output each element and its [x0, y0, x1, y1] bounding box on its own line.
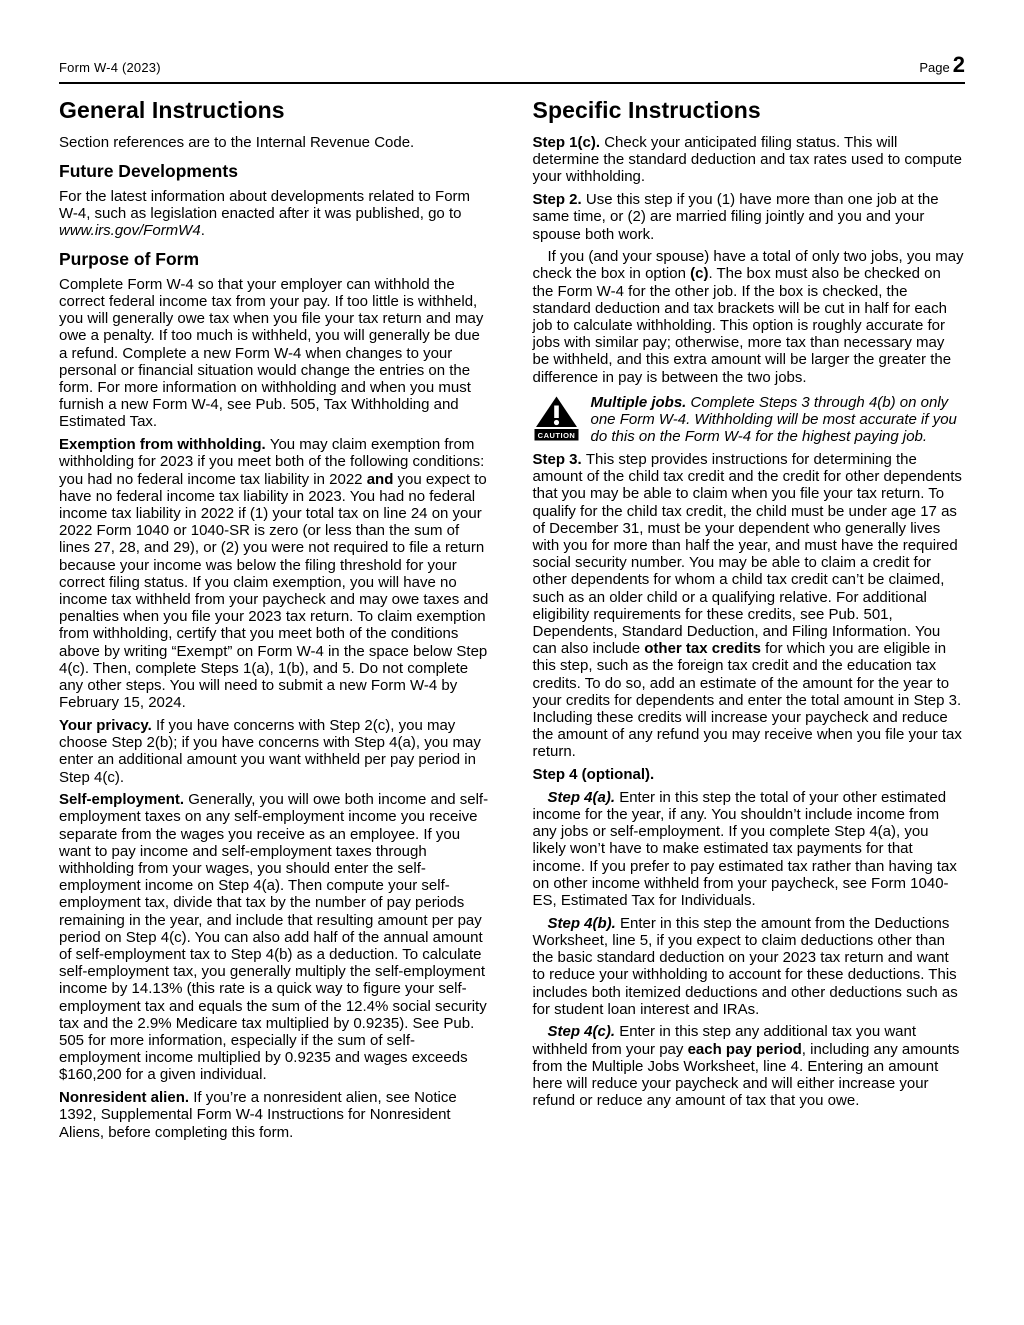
text-run: for which you are eligible in this step,…	[533, 640, 962, 760]
paragraph: Step 1(c). Check your anticipated filing…	[533, 134, 966, 186]
text-run: Step 4(a).	[548, 789, 620, 806]
text-run: Step 2.	[533, 191, 586, 208]
text-run: Step 4 (optional).	[533, 766, 655, 783]
form-id: Form W-4 (2023)	[59, 60, 161, 75]
text-run: Your privacy.	[59, 717, 156, 734]
text-run: Generally, you will owe both income and …	[59, 791, 488, 1083]
header-rule	[59, 82, 965, 84]
caution-note: CAUTION Multiple jobs. Complete Steps 3 …	[533, 394, 966, 446]
page-number: 2	[953, 52, 965, 77]
page-header: Form W-4 (2023) Page2	[59, 52, 965, 82]
paragraph: Complete Form W-4 so that your employer …	[59, 276, 492, 431]
text-run: Use this step if you (1) have more than …	[533, 191, 939, 242]
paragraph-indented: Step 4(c). Enter in this step any additi…	[533, 1023, 966, 1109]
svg-text:CAUTION: CAUTION	[537, 431, 575, 440]
paragraph: Your privacy. If you have concerns with …	[59, 717, 492, 786]
text-run: you expect to have no federal income tax…	[59, 471, 488, 712]
text-run: Nonresident alien.	[59, 1089, 193, 1106]
paragraph: Self-employment. Generally, you will owe…	[59, 791, 492, 1083]
specific-instructions-body: Step 1(c). Check your anticipated filing…	[533, 134, 966, 1109]
text-run: Complete Form W-4 so that your employer …	[59, 276, 483, 431]
text-run: other tax credits	[644, 640, 761, 657]
document-page: Form W-4 (2023) Page2 General Instructio…	[0, 0, 1024, 1325]
text-run: This step provides instructions for dete…	[533, 451, 962, 657]
paragraph-indented: Step 4(b). Enter in this step the amount…	[533, 915, 966, 1018]
paragraph: Step 2. Use this step if you (1) have mo…	[533, 191, 966, 243]
text-run: Enter in this step the total of your oth…	[533, 789, 957, 909]
paragraph: Nonresident alien. If you’re a nonreside…	[59, 1089, 492, 1141]
paragraph: Exemption from withholding. You may clai…	[59, 436, 492, 711]
text-run: . The box must also be checked on the Fo…	[533, 265, 952, 385]
paragraph: Step 3. This step provides instructions …	[533, 451, 966, 761]
section-heading: Future Developments	[59, 161, 492, 182]
text-run: Step 4(c).	[548, 1023, 620, 1040]
text-run: Step 3.	[533, 451, 586, 468]
page-indicator: Page2	[919, 52, 965, 78]
specific-instructions-title: Specific Instructions	[533, 97, 966, 124]
text-run: .	[201, 222, 205, 239]
paragraph-indented: Step 4(a). Enter in this step the total …	[533, 789, 966, 909]
text-run: Self-employment.	[59, 791, 188, 808]
text-run: Exemption from withholding.	[59, 436, 270, 453]
caution-icon: CAUTION	[533, 396, 580, 441]
general-instructions-title: General Instructions	[59, 97, 492, 124]
page-label: Page	[919, 60, 949, 75]
text-run: Multiple jobs.	[591, 394, 691, 411]
general-instructions-column: General Instructions Section references …	[59, 94, 492, 1141]
caution-text: Multiple jobs. Complete Steps 3 through …	[591, 394, 966, 446]
text-run: and	[367, 471, 394, 488]
text-run: (c)	[690, 265, 708, 282]
text-run: Section references are to the Internal R…	[59, 134, 414, 151]
text-run: each pay period	[688, 1041, 802, 1058]
section-heading: Purpose of Form	[59, 249, 492, 270]
paragraph: For the latest information about develop…	[59, 188, 492, 240]
text-run: Step 4(b).	[548, 915, 621, 932]
general-instructions-body: Section references are to the Internal R…	[59, 134, 492, 1141]
text-run: Step 1(c).	[533, 134, 605, 151]
specific-instructions-column: Specific Instructions Step 1(c). Check y…	[533, 94, 966, 1141]
paragraph: Step 4 (optional).	[533, 766, 966, 783]
two-column-layout: General Instructions Section references …	[59, 94, 965, 1141]
paragraph-indented: If you (and your spouse) have a total of…	[533, 248, 966, 386]
text-run: For the latest information about develop…	[59, 188, 470, 222]
text-run: www.irs.gov/FormW4	[59, 222, 201, 239]
paragraph: Section references are to the Internal R…	[59, 134, 492, 151]
